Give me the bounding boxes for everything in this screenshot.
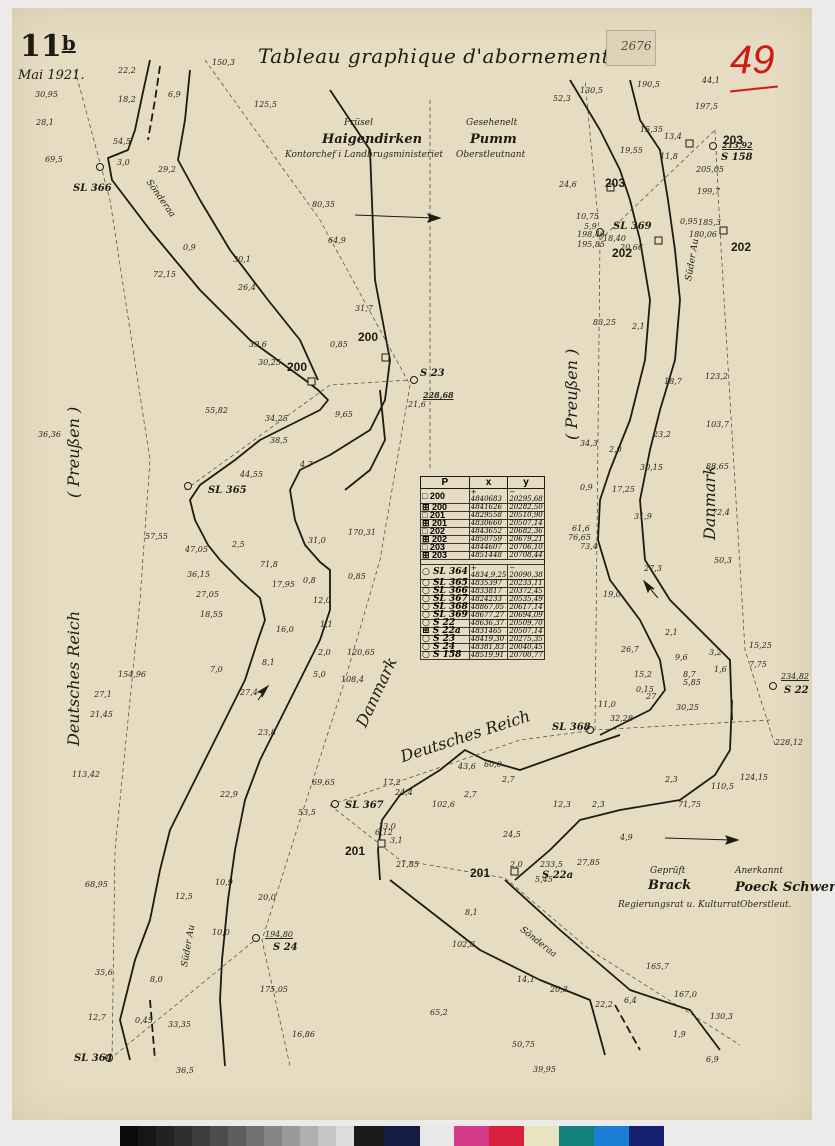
- measurement-label: 69,65: [312, 778, 335, 787]
- measurement-label: 19,0: [603, 590, 621, 599]
- region-danmark-east: Danmark: [700, 465, 719, 540]
- measurement-label: 9,65: [335, 410, 353, 419]
- y-coordinate-cell: 20708,44: [508, 552, 544, 560]
- measurement-label: 103,7: [706, 420, 729, 429]
- coordinate-table-body: □ 200+ 4840683− 20295,68⊞ 20048416262028…: [421, 489, 545, 660]
- measurement-label: 6,9: [168, 90, 181, 99]
- river-dashed-south: [150, 1000, 155, 1060]
- region-preussen-east: ( Preußen ): [562, 349, 581, 440]
- measurement-label: 23,2: [653, 430, 671, 439]
- measurement-label: 30,1: [233, 255, 251, 264]
- x-coordinate-cell: + 4834,9,25: [469, 565, 508, 580]
- measurement-label: 30,25: [676, 703, 699, 712]
- measurement-label: 83,25: [593, 318, 616, 327]
- measurement-label: 27,85: [577, 858, 600, 867]
- color-patch: [594, 1126, 629, 1146]
- measurement-label: 16,86: [292, 1030, 315, 1039]
- measurement-label: 17,95: [272, 580, 295, 589]
- sig-bottom-left-name: Brack: [648, 878, 691, 893]
- measurement-label: 50,75: [512, 1040, 535, 1049]
- measurement-label: 11,0: [598, 700, 616, 709]
- coordinate-table-header: P x y: [421, 477, 545, 489]
- survey-line-1: [205, 60, 410, 385]
- boundary-south-river: [390, 880, 605, 1055]
- measurement-label: 30,95: [35, 90, 58, 99]
- measurement-label: 12,0: [313, 596, 331, 605]
- sig-bottom-right-role: Oberstleut.: [740, 900, 791, 910]
- point-203-west: 203: [605, 176, 625, 190]
- measurement-label: 68,95: [85, 880, 108, 889]
- measurement-label: 2,1: [665, 628, 678, 637]
- measurement-label: 123,2: [705, 372, 728, 381]
- measurement-label: 197,5: [695, 102, 718, 111]
- point-sl365: SL 365: [208, 485, 247, 496]
- measurement-label: 125,5: [254, 100, 277, 109]
- measurement-label: 38,5: [270, 436, 288, 445]
- measurement-label: 28,1: [36, 118, 54, 127]
- measurement-label: 61,6: [572, 524, 590, 533]
- measurement-label: 170,31: [348, 528, 376, 537]
- coordinate-table: P x y □ 200+ 4840683− 20295,68⊞ 20048416…: [420, 476, 545, 660]
- point-id-cell: ○ S 158: [421, 652, 470, 660]
- measurement-label: 18,40: [603, 234, 626, 243]
- measurement-label: 2,7: [502, 775, 515, 784]
- measurement-label: 23,8: [258, 728, 276, 737]
- measurement-label: 4,7: [300, 460, 313, 469]
- measurement-label: 18,2: [118, 95, 136, 104]
- sig-top-right-role: Oberstleutnant: [456, 150, 525, 160]
- region-preussen-west: ( Preußen ): [64, 407, 83, 498]
- measurement-label: 6,4: [624, 996, 637, 1005]
- measurement-label: 36,15: [187, 570, 210, 579]
- measurement-label: 26,4: [238, 283, 256, 292]
- survey-line-6: [585, 80, 600, 730]
- measurement-label: 27: [646, 692, 656, 701]
- measurement-label: 10,9: [215, 878, 233, 887]
- x-coordinate-cell: + 4840683: [469, 489, 508, 504]
- y-coordinate-cell: 20700,77: [508, 652, 544, 660]
- measurement-label: 47,05: [185, 545, 208, 554]
- measurement-label: 4,9: [620, 833, 633, 842]
- measurement-label: 102,8: [452, 940, 475, 949]
- measurement-label: 31,7: [355, 304, 373, 313]
- color-patch: [282, 1126, 300, 1146]
- measurement-label: 39,6: [249, 340, 267, 349]
- measurement-label: 12,3: [553, 800, 571, 809]
- measurement-label: 2,1: [632, 322, 645, 331]
- color-patch: [489, 1126, 524, 1146]
- measurement-label: 11,8: [660, 152, 678, 161]
- river-bank-west-2: [178, 70, 318, 380]
- measurement-label: 154,96: [118, 670, 146, 679]
- sig-top-right-name: Pumm: [470, 132, 517, 147]
- point-s22: S 22: [784, 685, 809, 696]
- color-patch: [524, 1126, 559, 1146]
- point-s158-value: 213,92: [722, 140, 753, 150]
- measurement-label: 102,6: [432, 800, 455, 809]
- color-patch: [228, 1126, 246, 1146]
- measurement-label: 73,4: [580, 542, 598, 551]
- color-patch: [318, 1126, 336, 1146]
- measurement-label: 31,9: [634, 512, 652, 521]
- color-patch: [174, 1126, 192, 1146]
- measurement-label: 31,0: [308, 536, 326, 545]
- measurement-label: 1,6: [714, 665, 727, 674]
- measurement-label: 17,25: [612, 485, 635, 494]
- measurement-label: 7,0: [210, 665, 223, 674]
- color-patch: [192, 1126, 210, 1146]
- measurement-label: 24,4: [395, 788, 413, 797]
- measurement-label: 2,3: [592, 800, 605, 809]
- sig-top-left-heading: Prüsel: [344, 118, 373, 128]
- table-row: ⊞ 203485144820708,44: [421, 552, 545, 560]
- measurement-label: 22,2: [118, 66, 136, 75]
- x-coordinate-cell: 48519,91: [469, 652, 508, 660]
- measurement-label: 32,28: [610, 714, 633, 723]
- survey-line-west: [75, 70, 150, 1060]
- measurement-label: 34,25: [265, 414, 288, 423]
- sig-bottom-left-role: Regierungsrat u. Kulturrat: [618, 900, 740, 910]
- measurement-label: 199,7: [697, 187, 720, 196]
- measurement-label: 39,95: [533, 1065, 556, 1074]
- measurement-label: 27,1: [94, 690, 112, 699]
- sig-bottom-right-heading: Anerkannt: [735, 866, 783, 876]
- measurement-label: 18,7: [664, 377, 682, 386]
- color-patch: [559, 1126, 594, 1146]
- measurement-label: 124,15: [740, 773, 768, 782]
- measurement-label: 27,05: [196, 590, 219, 599]
- measurement-label: 180,06: [689, 230, 717, 239]
- measurement-label: 22,2: [595, 1000, 613, 1009]
- col-header-y: y: [508, 477, 544, 489]
- measurement-label: 71,75: [678, 800, 701, 809]
- measurement-label: 64,9: [328, 236, 346, 245]
- color-patch: [384, 1126, 420, 1146]
- measurement-label: 167,0: [674, 990, 697, 999]
- measurement-label: 0,9: [183, 243, 196, 252]
- measurement-label: 130,3: [710, 1012, 733, 1021]
- measurement-label: 0,85: [330, 340, 348, 349]
- measurement-label: 15,2: [634, 670, 652, 679]
- measurement-label: 2,3: [665, 775, 678, 784]
- measurement-label: 2,7: [464, 790, 477, 799]
- measurement-label: 110,5: [711, 782, 734, 791]
- measurement-label: 19,55: [620, 146, 643, 155]
- measurement-label: 1,1: [320, 620, 333, 629]
- measurement-label: 8,0: [150, 975, 163, 984]
- measurement-label: 72,15: [153, 270, 176, 279]
- measurement-label: 65,2: [430, 1008, 448, 1017]
- measurement-label: 113,42: [72, 770, 100, 779]
- measurement-label: 20,66: [620, 243, 643, 252]
- measurement-label: 150,3: [212, 58, 235, 67]
- color-patch: [300, 1126, 318, 1146]
- measurement-label: 0,45: [135, 1016, 153, 1025]
- measurement-label: 43,6: [458, 762, 476, 771]
- measurement-label: 17,2: [383, 778, 401, 787]
- measurement-label: 5,0: [313, 670, 326, 679]
- point-s158: S 158: [721, 152, 753, 163]
- sig-bottom-right-name: Poeck Schwerin: [735, 880, 835, 895]
- measurement-label: 36,36: [38, 430, 61, 439]
- measurement-label: 10,75: [576, 212, 599, 221]
- measurement-label: 120,65: [347, 648, 375, 657]
- measurement-label: 2,5: [232, 540, 245, 549]
- measurement-label: 30,25: [258, 358, 281, 367]
- measurement-label: 0,9: [580, 483, 593, 492]
- color-patch: [246, 1126, 264, 1146]
- measurement-label: 69,5: [45, 155, 63, 164]
- color-patch: [210, 1126, 228, 1146]
- measurement-label: 8,1: [465, 908, 478, 917]
- measurement-label: 54,5: [113, 137, 131, 146]
- y-coordinate-cell: − 20090,38: [508, 565, 544, 580]
- y-coordinate-cell: − 20295,68: [508, 489, 544, 504]
- point-sl368: SL 368: [552, 722, 591, 733]
- measurement-label: 0,95: [680, 217, 698, 226]
- measurement-label: 2,0: [609, 445, 622, 454]
- measurement-label: 35,6: [95, 968, 113, 977]
- survey-line-3: [262, 385, 410, 1066]
- measurement-label: 12,5: [175, 892, 193, 901]
- measurement-label: 198,46: [577, 230, 605, 239]
- point-200-east: 200: [358, 330, 378, 344]
- measurement-label: 130,5: [580, 86, 603, 95]
- col-header-x: x: [469, 477, 508, 489]
- sig-top-right-heading: Gesehenelt: [466, 118, 517, 128]
- measurement-label: 44,55: [240, 470, 263, 479]
- river-dashed-north: [148, 66, 160, 140]
- measurement-label: 13,4: [664, 132, 682, 141]
- measurement-label: 12,7: [88, 1013, 106, 1022]
- point-s23-value: 228,68: [423, 390, 454, 400]
- measurement-label: 9,6: [675, 653, 688, 662]
- point-s23: S 23: [420, 368, 445, 379]
- color-patch: [420, 1126, 454, 1146]
- map-date: Mai 1921.: [18, 68, 85, 83]
- color-patch: [138, 1126, 156, 1146]
- measurement-label: 228,12: [775, 738, 803, 747]
- point-sl364: SL 364: [74, 1053, 113, 1064]
- boundary-se: [515, 700, 732, 880]
- measurement-label: 3,2: [709, 648, 722, 657]
- measurement-label: 22,9: [220, 790, 238, 799]
- color-patch: [120, 1126, 138, 1146]
- color-patch: [354, 1126, 384, 1146]
- measurement-label: 14,1: [517, 975, 535, 984]
- color-patch: [336, 1126, 354, 1146]
- x-coordinate-cell: 4851448: [469, 552, 508, 560]
- point-s24: S 24: [273, 942, 298, 953]
- measurement-label: 2,0: [318, 648, 331, 657]
- measurement-label: 108,4: [341, 675, 364, 684]
- measurement-label: 52,3: [553, 94, 571, 103]
- measurement-label: 55,82: [205, 406, 228, 415]
- measurement-label: 21,45: [90, 710, 113, 719]
- boundary-center-2: [345, 390, 385, 490]
- measurement-label: 27,4: [240, 688, 258, 697]
- measurement-label: 44,1: [702, 76, 720, 85]
- measurement-label: 71,8: [260, 560, 278, 569]
- measurement-label: 24,5: [503, 830, 521, 839]
- table-row: ○ S 15848519,9120700,77: [421, 652, 545, 660]
- river-dashed-se: [615, 1005, 640, 1050]
- point-202-east: 202: [731, 240, 751, 254]
- measurement-label: 185,3: [698, 218, 721, 227]
- sheet-number: 11b: [20, 32, 76, 62]
- point-sl367: SL 367: [345, 800, 384, 811]
- sig-top-left-name: Haigendirken: [322, 132, 422, 147]
- measurement-label: 3,0: [117, 158, 130, 167]
- point-s24-value: 194,80: [265, 930, 293, 939]
- measurement-label: 15,25: [749, 641, 772, 650]
- measurement-label: 16,0: [276, 625, 294, 634]
- measurement-label: 34,3: [580, 439, 598, 448]
- col-header-p: P: [421, 477, 470, 489]
- measurement-label: 8,1: [262, 658, 275, 667]
- page-number: 49: [730, 38, 775, 83]
- measurement-label: 76,65: [568, 533, 591, 542]
- measurement-label: 5,45: [535, 875, 553, 884]
- archive-stamp: 2676: [606, 30, 656, 66]
- point-sl366: SL 366: [73, 183, 112, 194]
- map-title: Tableau graphique d'abornement: [258, 44, 610, 68]
- measurement-label: 2,0: [510, 860, 523, 869]
- measurement-label: 6,9: [706, 1055, 719, 1064]
- measurement-label: 15,35: [640, 125, 663, 134]
- color-patch: [454, 1126, 489, 1146]
- color-patch: [156, 1126, 174, 1146]
- measurement-label: 20,0: [258, 893, 276, 902]
- measurement-label: 57,55: [145, 532, 168, 541]
- color-calibration-strip: [120, 1126, 664, 1146]
- measurement-label: 195,85: [577, 240, 605, 249]
- river-bank-west: [108, 60, 328, 1060]
- color-patch: [629, 1126, 664, 1146]
- measurement-label: 5,85: [683, 678, 701, 687]
- measurement-label: 26,7: [621, 645, 639, 654]
- measurement-label: 72,4: [712, 508, 730, 517]
- measurement-label: 205,05: [696, 165, 724, 174]
- point-201-east: 201: [470, 866, 490, 880]
- measurement-label: 27,3: [644, 564, 662, 573]
- point-201-west: 201: [345, 844, 365, 858]
- region-deutsches-reich-west: Deutsches Reich: [64, 611, 83, 746]
- color-patch: [264, 1126, 282, 1146]
- point-s22-value: 234,82: [781, 672, 809, 681]
- measurement-label: 50,3: [714, 556, 732, 565]
- measurement-label: 33,35: [168, 1020, 191, 1029]
- measurement-label: 53,5: [298, 808, 316, 817]
- measurement-label: 0,8: [303, 576, 316, 585]
- measurement-label: 190,5: [637, 80, 660, 89]
- measurement-label: 1,9: [673, 1030, 686, 1039]
- measurement-label: 175,05: [260, 985, 288, 994]
- measurement-label: 36,5: [176, 1066, 194, 1075]
- measurement-label: 88,65: [706, 462, 729, 471]
- measurement-label: 60,0: [484, 760, 502, 769]
- measurement-label: 24,6: [559, 180, 577, 189]
- measurement-label: 7,75: [749, 660, 767, 669]
- measurement-label: 30,15: [640, 463, 663, 472]
- point-id-cell: ⊞ 203: [421, 552, 470, 560]
- sig-top-left-role: Kontorchef i Landbrugsministeriet: [285, 150, 443, 160]
- point-sl369: SL 369: [613, 221, 652, 232]
- measurement-label: 233,5: [540, 860, 563, 869]
- boundary-east-2: [630, 80, 732, 720]
- measurement-label: 21,6: [408, 400, 426, 409]
- measurement-label: 3,1: [390, 836, 403, 845]
- measurement-label: 29,2: [158, 165, 176, 174]
- measurement-label: 18,55: [200, 610, 223, 619]
- measurement-label: 21,85: [396, 860, 419, 869]
- measurement-label: 0,85: [348, 572, 366, 581]
- measurement-label: 20,3: [550, 985, 568, 994]
- measurement-label: 80,35: [312, 200, 335, 209]
- measurement-label: 165,7: [646, 962, 669, 971]
- point-200-west: 200: [287, 360, 307, 374]
- measurement-label: 10,0: [212, 928, 230, 937]
- sig-bottom-left-heading: Geprüft: [650, 866, 685, 876]
